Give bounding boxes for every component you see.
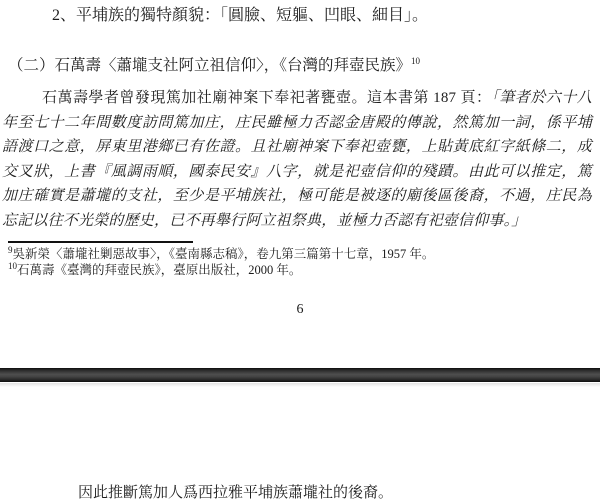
paragraph-intro-text: 石萬壽學者曾發現篤加社廟神案下奉祀著甕壺。這本書第 187 頁：: [42, 90, 491, 106]
footnote-9: 9吳新榮〈蕭壠社剿惡故事〉，《臺南縣志稿》，卷九第三篇第十七章，1957 年。: [8, 246, 594, 262]
document-page: 2、平埔族的獨特顏貌：「圓臉、短軀、凹眼、細目」。 （二）石萬壽〈蕭壠支社阿立祖…: [0, 0, 600, 504]
body-paragraph: 石萬壽學者曾發現篤加社廟神案下奉祀著甕壺。這本書第 187 頁：「筆者於六十八年…: [2, 86, 592, 233]
page-number: 6: [0, 301, 600, 319]
list-item-2: 2、平埔族的獨特顏貌：「圓臉、短軀、凹眼、細目」。: [52, 6, 592, 26]
footnote-text: 石萬壽《臺灣的拜壺民族》，臺原出版社，2000 年。: [17, 263, 301, 277]
page-break-bar: [0, 368, 600, 382]
footnote-marker: 10: [8, 261, 17, 271]
footnote-reference-10: 10: [411, 56, 420, 66]
next-page-paragraph: 因此推斷篤加人爲西拉雅平埔族蕭壠社的後裔。: [78, 483, 598, 503]
footnote-text: 吳新榮〈蕭壠社剿惡故事〉，《臺南縣志稿》，卷九第三篇第十七章，1957 年。: [13, 247, 435, 261]
footnote-10: 10石萬壽《臺灣的拜壺民族》，臺原出版社，2000 年。: [8, 262, 594, 278]
paragraph-quote-text: 「筆者於六十八年至七十二年間數度訪問篤加庄，庄民雖極力否認金唐殿的傳說，然篤加一…: [2, 90, 592, 229]
section-heading: （二）石萬壽〈蕭壠支社阿立祖信仰〉，《台灣的拜壺民族》10: [8, 56, 592, 76]
section-heading-text: （二）石萬壽〈蕭壠支社阿立祖信仰〉，《台灣的拜壺民族》: [8, 57, 411, 74]
footnote-divider: [8, 241, 193, 243]
page-break-shadow: [0, 383, 600, 387]
